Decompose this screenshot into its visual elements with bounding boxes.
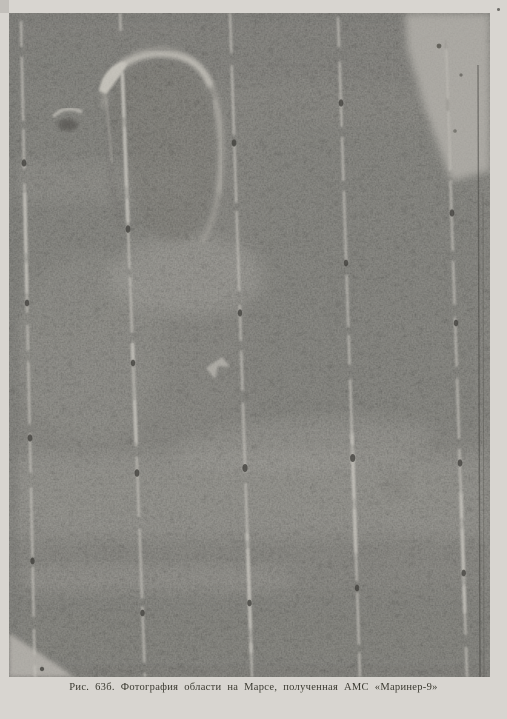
book-page: Рис. 63б. Фотография области на Марсе, п…	[0, 0, 507, 719]
mars-photo-figure	[9, 13, 490, 677]
grain-overlay	[9, 13, 490, 677]
figure-caption: Рис. 63б. Фотография области на Марсе, п…	[0, 681, 507, 695]
paper-corner-smudge	[0, 0, 9, 13]
mars-photograph	[9, 13, 490, 677]
paper-speck	[497, 8, 500, 11]
